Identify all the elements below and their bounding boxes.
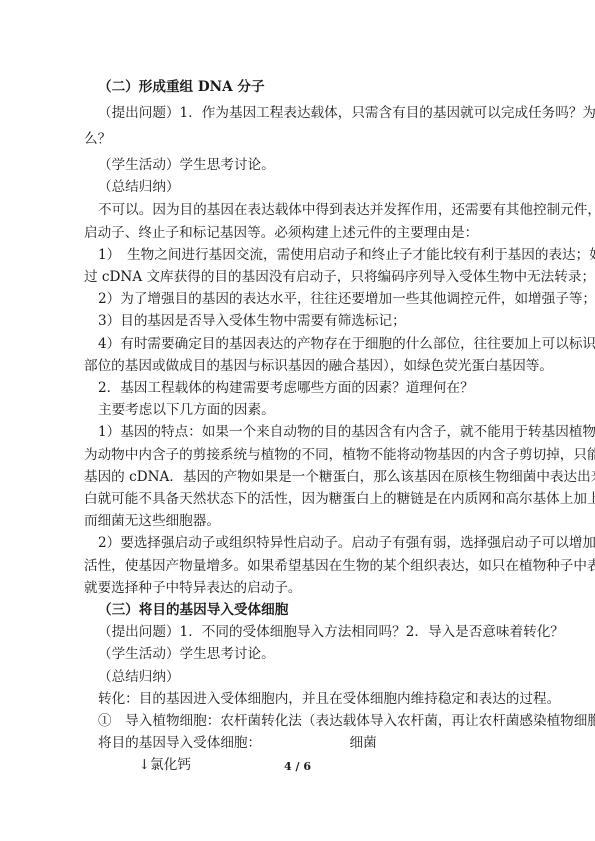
text-line: （学生活动）学生思考讨论。 [98,645,275,663]
text-line: 基因的 cDNA．基因的产物如果是一个糖蛋白，那么该基因在原核生物细菌中表达出来… [84,468,595,486]
text-line: 4）有时需要确定目的基因表达的产物存在于细胞的什么部位，往往要加上可以标识存在 [98,335,595,353]
section-heading: （三）将目的基因导入受体细胞 [98,601,288,619]
page-number: 4 / 6 [0,760,595,773]
text-line: 2）为了增强目的基因的表达水平，往往还要增加一些其他调控元件，如增强子等； [98,290,595,308]
text-line: 为动物中内含子的剪接系统与植物的不同，植物不能将动物基因的内含子剪切掉，只能用该 [84,446,595,464]
text-line: （总结归纳） [98,178,180,196]
section-heading: （二）形成重组 DNA 分子 [98,78,265,96]
text-line: 主要考虑以下几方面的因素。 [98,401,275,419]
text-line: 转化：目的基因进入受体细胞内，并且在受体细胞内维持稳定和表达的过程。 [98,690,560,708]
text-line: 3）目的基因是否导入受体生物中需要有筛选标记； [98,312,406,330]
text-line: 过 cDNA 文库获得的目的基因没有启动子，只将编码序列导入受体生物中无法转录； [84,268,595,286]
document-page: （二）形成重组 DNA 分子（提出问题）1．作为基因工程表达载体，只需含有目的基… [0,0,595,841]
text-line: 启动子、终止子和标记基因等。必须构建上述元件的主要理由是： [84,224,478,242]
text-line: 么？ [84,130,111,148]
text-line: （提出问题）1．作为基因工程表达载体，只需含有目的基因就可以完成任务吗？为什 [98,104,595,122]
text-line: 不可以。因为目的基因在表达载体中得到表达并发挥作用，还需要有其他控制元件，如 [98,201,595,219]
text-line: 就要选择种子中特异表达的启动子。 [84,579,302,597]
text-line: （学生活动）学生思考讨论。 [98,156,275,174]
text-line: 2）要选择强启动子或组织特异性启动子。启动子有强有弱，选择强启动子可以增加转录 [98,534,595,552]
text-line: 1）基因的特点：如果一个来自动物的目的基因含有内含子，就不能用于转基因植物，因 [98,423,595,441]
text-line: 将目的基因导入受体细胞： 细菌 [98,734,377,752]
text-line: 活性，使基因产物量增多。如果希望基因在生物的某个组织表达，如只在植物种子中表达， [84,557,595,575]
text-line: 而细菌无这些细胞器。 [84,512,220,530]
text-line: ① 导入植物细胞：农杆菌转化法（表达载体导入农杆菌，再让农杆菌感染植物细胞） [98,712,595,730]
text-line: 1） 生物之间进行基因交流，需使用启动子和终止子才能比较有利于基因的表达；如通 [98,246,595,264]
text-line: （提出问题）1．不同的受体细胞导入方法相同吗？2．导入是否意味着转化？ [98,623,564,641]
text-line: （总结归纳） [98,668,180,686]
text-line: 2．基因工程载体的构建需要考虑哪些方面的因素？道理何在？ [98,379,474,397]
text-line: 部位的基因或做成目的基因与标识基因的融合基因），如绿色荧光蛋白基因等。 [84,357,553,375]
text-line: 白就可能不具备天然状态下的活性，因为糖蛋白上的糖链是在内质网和高尔基体上加上的， [84,490,595,508]
